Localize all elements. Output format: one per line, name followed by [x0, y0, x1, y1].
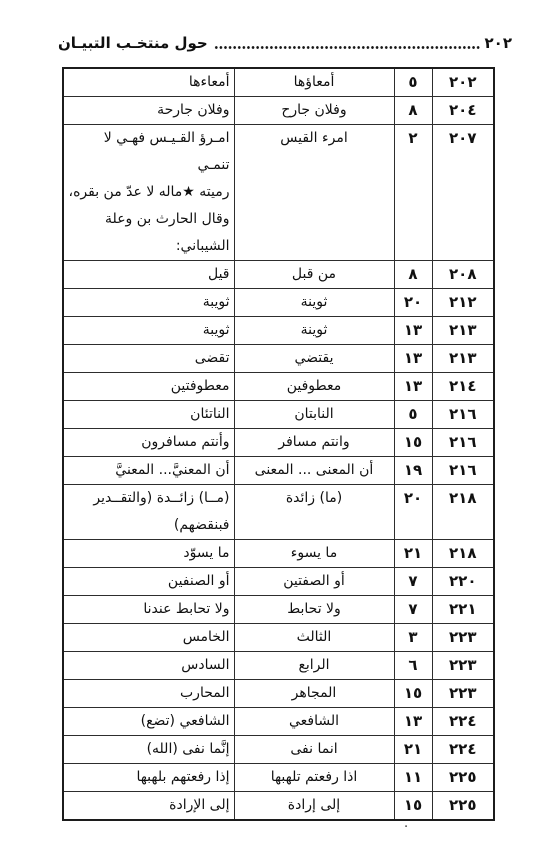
page-number-cell: ٢١٣ — [432, 345, 494, 373]
page-number-cell: ٢١٤ — [432, 373, 494, 401]
correction-text-cell: الخامس — [63, 624, 234, 652]
page-number-cell: ٢٢٤ — [432, 736, 494, 764]
line-number-cell: ٨ — [394, 261, 432, 289]
correction-text-cell: إلى الإرادة — [63, 792, 234, 821]
line-number-cell: ٧ — [394, 568, 432, 596]
correction-text-cell: إذا رفعتهم بلهبها — [63, 764, 234, 792]
original-text-cell: الرابع — [234, 652, 394, 680]
correction-text-cell: قيل — [63, 261, 234, 289]
table-row: ٢١٦ ٥ النابتان الناتئان — [63, 401, 494, 429]
correction-text-cell: الناتئان — [63, 401, 234, 429]
table-row: ٢٠٨ ٨ من قبل قيل — [63, 261, 494, 289]
page-number-cell: ٢٢٠ — [432, 568, 494, 596]
line-number-cell: ٢١ — [394, 540, 432, 568]
page-number-cell: ٢٢٥ — [432, 764, 494, 792]
line-number-cell: ٣ — [394, 624, 432, 652]
running-header: ٢٠٢ حول منتخـب التبيـان — [0, 0, 557, 53]
page-number-cell: ٢١٦ — [432, 457, 494, 485]
page-number-cell: ٢١٨ — [432, 485, 494, 540]
original-text-cell: الثالث — [234, 624, 394, 652]
page-number-cell: ٢١٦ — [432, 401, 494, 429]
line-number-cell: ٢ — [394, 125, 432, 261]
line-number-cell: ١١ — [394, 764, 432, 792]
table-row: ٢٢٣ ٣ الثالث الخامس — [63, 624, 494, 652]
line-number-cell: ١٥ — [394, 429, 432, 457]
page-number-cell: ٢٢٣ — [432, 624, 494, 652]
correction-text-cell: أن المعنيَّ... المعنيَّ — [63, 457, 234, 485]
table-row: ٢١٢ ٢٠ ثوينة ثويبة — [63, 289, 494, 317]
original-text-cell: الشافعي — [234, 708, 394, 736]
original-text-cell: من قبل — [234, 261, 394, 289]
line-number-cell: ٥ — [394, 68, 432, 97]
table-row: ٢٢٣ ٦ الرابع السادس — [63, 652, 494, 680]
page-number-cell: ٢١٢ — [432, 289, 494, 317]
original-text-cell: أمعاؤها — [234, 68, 394, 97]
errata-table-body: ٢٠٢ ٥ أمعاؤها أمعاءها ٢٠٤ ٨ وفلان جارح و… — [63, 68, 494, 820]
correction-text-cell: الشافعي (تضع) — [63, 708, 234, 736]
line-number-cell: ١٣ — [394, 317, 432, 345]
original-text-cell: (ما) زائدة — [234, 485, 394, 540]
table-row: ٢١٣ ١٣ يقتضي تقضى — [63, 345, 494, 373]
dotted-leader — [214, 44, 480, 50]
correction-text-cell: (مــا) زائــدة (والتقــدير فبنقضهم) — [63, 485, 234, 540]
correction-text-cell: ولا تحابط عندنا — [63, 596, 234, 624]
table-row: ٢٢٤ ١٣ الشافعي الشافعي (تضع) — [63, 708, 494, 736]
original-text-cell: ثوينة — [234, 289, 394, 317]
table-row: ٢١٤ ١٣ معطوفين معطوفتين — [63, 373, 494, 401]
page-number-cell: ٢٠٧ — [432, 125, 494, 261]
line-number-cell: ١٥ — [394, 680, 432, 708]
header-book-title: حول منتخـب التبيـان — [58, 33, 208, 53]
table-row: ٢٢٠ ٧ أو الصفتين أو الصنفين — [63, 568, 494, 596]
correction-text-cell: أمعاءها — [63, 68, 234, 97]
page-number-cell: ٢٠٢ — [432, 68, 494, 97]
line-number-cell: ٢٠ — [394, 289, 432, 317]
correction-text-cell: امـرؤ القـيـس فهـي لا تنمـي رميته ★ماله … — [63, 125, 234, 261]
page-number-cell: ٢٢١ — [432, 596, 494, 624]
line-number-cell: ١٣ — [394, 708, 432, 736]
line-number-cell: ٢١ — [394, 736, 432, 764]
table-row: ٢٢٥ ١١ اذا رفعتم تلهبها إذا رفعتهم بلهبه… — [63, 764, 494, 792]
page-number-cell: ٢٢٥ — [432, 792, 494, 821]
scan-stray-mark: . — [404, 816, 408, 831]
correction-text-cell: ما يسوّد — [63, 540, 234, 568]
line-number-cell: ٧ — [394, 596, 432, 624]
line-number-cell: ١٣ — [394, 373, 432, 401]
original-text-cell: وانتم مسافر — [234, 429, 394, 457]
line-number-cell: ٨ — [394, 97, 432, 125]
page-number-cell: ٢٢٣ — [432, 652, 494, 680]
table-row: ٢٠٤ ٨ وفلان جارح وفلان جارحة — [63, 97, 494, 125]
correction-text-cell: معطوفتين — [63, 373, 234, 401]
original-text-cell: إلى إرادة — [234, 792, 394, 821]
table-row: ٢٠٧ ٢ امرء القيس امـرؤ القـيـس فهـي لا ت… — [63, 125, 494, 261]
correction-text-cell: تقضى — [63, 345, 234, 373]
scanned-book-page: ٢٠٢ حول منتخـب التبيـان ٢٠٢ ٥ أمعاؤها أم… — [0, 0, 557, 850]
page-number-cell: ٢١٨ — [432, 540, 494, 568]
correction-text-cell: ثويبة — [63, 289, 234, 317]
line-number-cell: ١٥ — [394, 792, 432, 821]
original-text-cell: ثوينة — [234, 317, 394, 345]
table-row: ٢١٣ ١٣ ثوينة ثويبة — [63, 317, 494, 345]
original-text-cell: يقتضي — [234, 345, 394, 373]
table-row: ٢٢٤ ٢١ انما نفى إنَّما نفى (الله) — [63, 736, 494, 764]
table-row: ٢٢٥ ١٥ إلى إرادة إلى الإرادة — [63, 792, 494, 821]
line-number-cell: ٢٠ — [394, 485, 432, 540]
original-text-cell: وفلان جارح — [234, 97, 394, 125]
original-text-cell: انما نفى — [234, 736, 394, 764]
table-row: ٢٠٢ ٥ أمعاؤها أمعاءها — [63, 68, 494, 97]
original-text-cell: امرء القيس — [234, 125, 394, 261]
header-page-number: ٢٠٢ — [485, 33, 512, 53]
errata-table: ٢٠٢ ٥ أمعاؤها أمعاءها ٢٠٤ ٨ وفلان جارح و… — [62, 67, 495, 821]
original-text-cell: ولا تحابط — [234, 596, 394, 624]
table-row: ٢٢١ ٧ ولا تحابط ولا تحابط عندنا — [63, 596, 494, 624]
correction-text-cell: أو الصنفين — [63, 568, 234, 596]
table-row: ٢١٦ ١٥ وانتم مسافر وأنتم مسافرون — [63, 429, 494, 457]
line-number-cell: ١٩ — [394, 457, 432, 485]
correction-text-cell: إنَّما نفى (الله) — [63, 736, 234, 764]
line-number-cell: ١٣ — [394, 345, 432, 373]
line-number-cell: ٦ — [394, 652, 432, 680]
table-row: ٢١٨ ٢٠ (ما) زائدة (مــا) زائــدة (والتقـ… — [63, 485, 494, 540]
page-number-cell: ٢٢٤ — [432, 708, 494, 736]
original-text-cell: المجاهر — [234, 680, 394, 708]
page-number-cell: ٢١٦ — [432, 429, 494, 457]
original-text-cell: معطوفين — [234, 373, 394, 401]
correction-text-cell: وفلان جارحة — [63, 97, 234, 125]
page-number-cell: ٢٢٣ — [432, 680, 494, 708]
table-row: ٢١٨ ٢١ ما يسوء ما يسوّد — [63, 540, 494, 568]
page-number-cell: ٢١٣ — [432, 317, 494, 345]
table-row: ٢٢٣ ١٥ المجاهر المحارب — [63, 680, 494, 708]
page-number-cell: ٢٠٤ — [432, 97, 494, 125]
page-number-cell: ٢٠٨ — [432, 261, 494, 289]
correction-text-cell: المحارب — [63, 680, 234, 708]
correction-text-cell: السادس — [63, 652, 234, 680]
original-text-cell: أو الصفتين — [234, 568, 394, 596]
correction-text-cell: ثويبة — [63, 317, 234, 345]
original-text-cell: النابتان — [234, 401, 394, 429]
table-row: ٢١٦ ١٩ أن المعنى ... المعنى أن المعنيَّ.… — [63, 457, 494, 485]
correction-text-cell: وأنتم مسافرون — [63, 429, 234, 457]
original-text-cell: أن المعنى ... المعنى — [234, 457, 394, 485]
original-text-cell: ما يسوء — [234, 540, 394, 568]
original-text-cell: اذا رفعتم تلهبها — [234, 764, 394, 792]
line-number-cell: ٥ — [394, 401, 432, 429]
